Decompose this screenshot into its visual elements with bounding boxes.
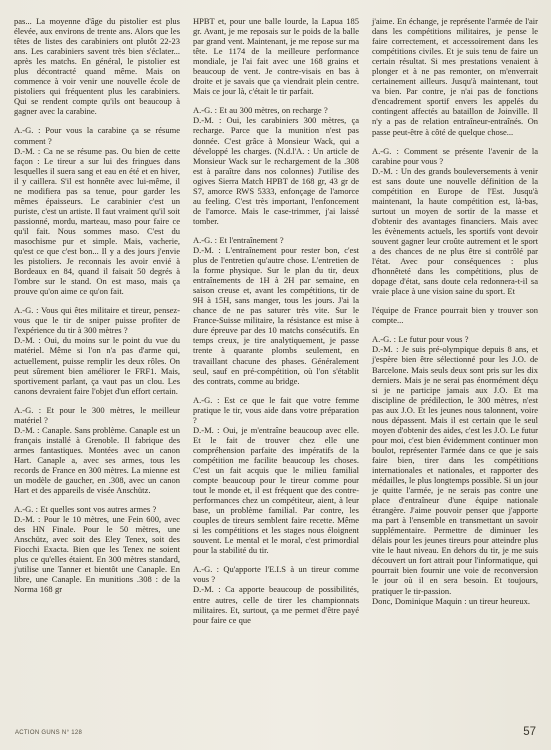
- column-2: HPBT et, pour une balle lourde, la Lapua…: [193, 16, 359, 625]
- question-paragraph: A.-G. : Pour vous la carabine ça se résu…: [14, 125, 180, 145]
- text-paragraph: j'aime. En échange, je représente l'armé…: [372, 16, 538, 137]
- column-3: j'aime. En échange, je représente l'armé…: [372, 16, 538, 625]
- answer-paragraph: D.-M. : Oui, les carabiniers 300 mètres,…: [193, 115, 359, 226]
- answer-paragraph: D.-M. : Ca apporte beaucoup de possibili…: [193, 584, 359, 624]
- question-paragraph: A.-G. : Est ce que le fait que votre fem…: [193, 395, 359, 425]
- answer-paragraph: D.-M. : Je suis pré-olympique depuis 8 a…: [372, 344, 538, 595]
- question-paragraph: A.-G. : Et au 300 mètres, on recharge ?: [193, 105, 359, 115]
- answer-paragraph: D.-M. : Oui, du moins sur le point du vu…: [14, 335, 180, 395]
- answer-paragraph: D.-M. : Canaple. Sans problème. Canaple …: [14, 425, 180, 495]
- answer-paragraph: D.-M. : Oui, je m'entraîne beaucoup avec…: [193, 425, 359, 556]
- question-paragraph: A.-G. : Et l'entraînement ?: [193, 235, 359, 245]
- text-paragraph: Donc, Dominique Maquin : un tireur heure…: [372, 596, 538, 606]
- column-1: pas... La moyenne d'âge du pistolier est…: [14, 16, 180, 625]
- answer-paragraph: D.-M. : Pour le 10 mètres, une Fein 600,…: [14, 514, 180, 594]
- question-paragraph: A.-G. : Comment se présente l'avenir de …: [372, 146, 538, 166]
- page-number: 57: [523, 726, 536, 738]
- text-paragraph: pas... La moyenne d'âge du pistolier est…: [14, 16, 180, 116]
- magazine-issue-label: ACTION GUNS N° 128: [15, 730, 82, 736]
- answer-paragraph: D.-M. : Un des grands bouleversements à …: [372, 166, 538, 297]
- question-paragraph: A.-G. : Vous qui êtes militaire et tireu…: [14, 305, 180, 335]
- question-paragraph: A.-G. : Le futur pour vous ?: [372, 334, 538, 344]
- text-paragraph: HPBT et, pour une balle lourde, la Lapua…: [193, 16, 359, 96]
- question-paragraph: A.-G. : Qu'apporte l'E.I.S à un tireur c…: [193, 564, 359, 584]
- magazine-page: pas... La moyenne d'âge du pistolier est…: [0, 0, 551, 750]
- question-paragraph: A.-G. : Et quelles sont vos autres armes…: [14, 504, 180, 514]
- text-paragraph: l'équipe de France pourrait bien y trouv…: [372, 305, 538, 325]
- answer-paragraph: D.-M. : Ca ne se résume pas. Ou bien de …: [14, 146, 180, 297]
- question-paragraph: A.-G. : Et pour le 300 mètres, le meille…: [14, 405, 180, 425]
- article-columns: pas... La moyenne d'âge du pistolier est…: [14, 16, 538, 625]
- answer-paragraph: D.-M. : L'entraînement pour rester bon, …: [193, 245, 359, 386]
